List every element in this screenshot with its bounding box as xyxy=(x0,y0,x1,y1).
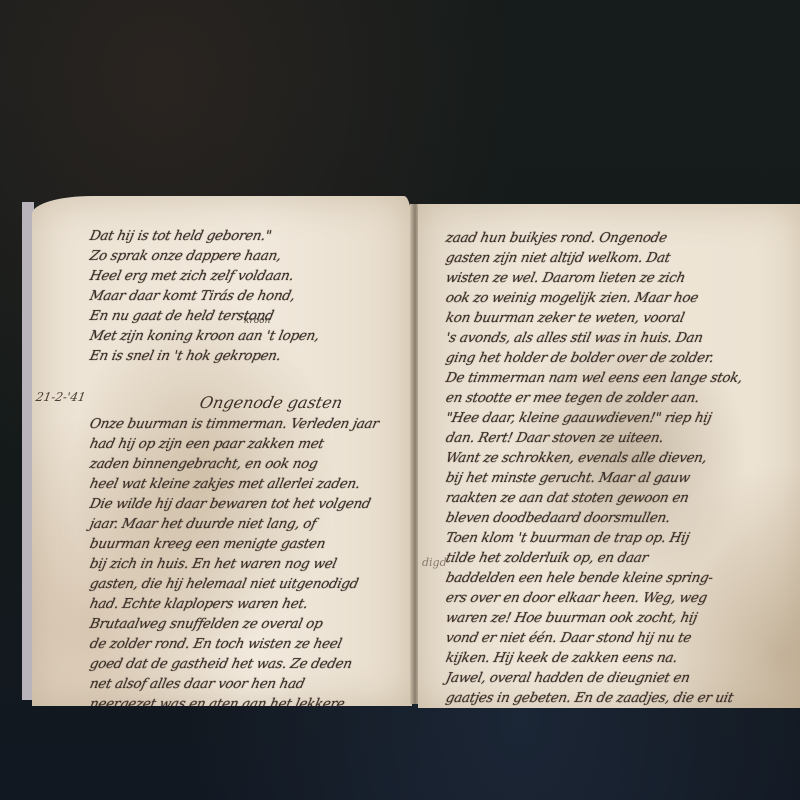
story-line: Want ze schrokken, evenals alle dieven, xyxy=(444,448,800,468)
story-line: vond er niet één. Daar stond hij nu te xyxy=(444,628,800,648)
correction-note: kroon xyxy=(244,316,270,326)
story-line: neergezet was en aten aan het lekkere xyxy=(88,694,412,706)
story-line: baddelden een hele bende kleine spring- xyxy=(444,568,800,588)
story-line: dan. Rert! Daar stoven ze uiteen. xyxy=(444,428,800,448)
story-line: Die wilde hij daar bewaren tot het volge… xyxy=(88,494,412,514)
right-page-text: zaad hun buikjes rond. Ongenode gasten z… xyxy=(446,228,800,708)
story-line: ook zo weinig mogelijk zien. Maar hoe xyxy=(444,288,800,308)
poem-line: En is snel in 't hok gekropen. xyxy=(88,346,412,366)
story-line: zaden binnengebracht, en ook nog xyxy=(88,454,412,474)
story-line: Toen klom 't buurman de trap op. Hij xyxy=(444,528,800,548)
story-line: jaar. Maar het duurde niet lang, of xyxy=(88,514,412,534)
story-line: bleven doodbedaard doorsmullen. xyxy=(444,508,800,528)
story-line: raakten ze aan dat stoten gewoon en xyxy=(444,488,800,508)
poem-line: Met zijn koning kroon aan 't lopen, xyxy=(88,326,412,346)
poem-line: Maar daar komt Tirás de hond, xyxy=(88,286,412,306)
entry-date: 21-2-'41 xyxy=(35,390,87,404)
story-line: net alsof alles daar voor hen had xyxy=(88,674,412,694)
poem-line: Heel erg met zich zelf voldaan. xyxy=(88,266,412,286)
story-line: en stootte er mee tegen de zolder aan. xyxy=(444,388,800,408)
story-line: bij zich in huis. En het waren nog wel xyxy=(88,554,412,574)
story-line: buurman kreeg een menigte gasten xyxy=(88,534,412,554)
story-line: Jawel, overal hadden de dieugniet en xyxy=(444,668,800,688)
story-line: kijken. Hij keek de zakken eens na. xyxy=(444,648,800,668)
story-line: bij het minste gerucht. Maar al gauw xyxy=(444,468,800,488)
story-line: ging het holder de bolder over de zolder… xyxy=(444,348,800,368)
story-line: gaatjes in gebeten. En de zaadjes, die e… xyxy=(444,688,800,708)
story-line: "Hee daar, kleine gaauwdieven!" riep hij xyxy=(444,408,800,428)
story-line: Brutaalweg snuffelden ze overal op xyxy=(88,614,412,634)
poem-line: Dat hij is tot held geboren." xyxy=(88,226,412,246)
story-line: goed dat de gastheid het was. Ze deden xyxy=(88,654,412,674)
story-line: kon buurman zeker te weten, vooral xyxy=(444,308,800,328)
story-line: de zolder rond. En toch wisten ze heel xyxy=(88,634,412,654)
story-line: waren ze! Hoe buurman ook zocht, hij xyxy=(444,608,800,628)
story-line: gasten, die hij helemaal niet uitgenodig… xyxy=(88,574,412,594)
left-page-text: Dat hij is tot held geboren." Zo sprak o… xyxy=(90,226,412,706)
story-line: ers over en door elkaar heen. Weg, weg xyxy=(444,588,800,608)
story-line: tilde het zolderluik op, en daar xyxy=(444,548,800,568)
story-line: wisten ze wel. Daarom lieten ze zich xyxy=(444,268,800,288)
story-line: 's avonds, als alles stil was in huis. D… xyxy=(444,328,800,348)
story-line: gasten zijn niet altijd welkom. Dat xyxy=(444,248,800,268)
story-line: had. Echte klaplopers waren het. xyxy=(88,594,412,614)
story-line: Onze buurman is timmerman. Verleden jaar xyxy=(88,414,412,434)
left-page: Dat hij is tot held geboren." Zo sprak o… xyxy=(32,196,412,706)
story-line: De timmerman nam wel eens een lange stok… xyxy=(444,368,800,388)
story-line: zaad hun buikjes rond. Ongenode xyxy=(444,228,800,248)
story-line: heel wat kleine zakjes met allerlei zade… xyxy=(88,474,412,494)
right-page: digd zaad hun buikjes rond. Ongenode gas… xyxy=(418,204,800,708)
photo-scene: Dat hij is tot held geboren." Zo sprak o… xyxy=(0,0,800,800)
story-line: had hij op zijn een paar zakken met xyxy=(88,434,412,454)
poem-line: Zo sprak onze dappere haan, xyxy=(88,246,412,266)
story-heading: Ongenode gasten xyxy=(88,392,412,414)
